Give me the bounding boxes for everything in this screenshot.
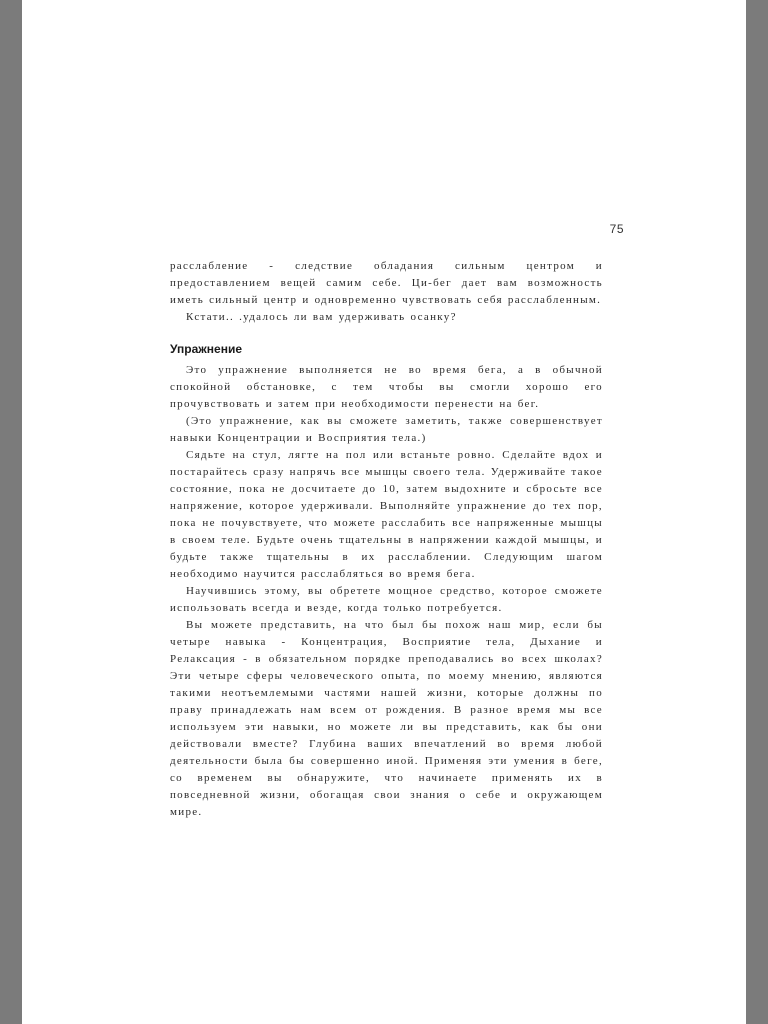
book-page: 75 расслабление - следствие обладания си…: [22, 0, 746, 1024]
paragraph-posture-question: Кстати.. .удалось ли вам удерживать осан…: [170, 309, 603, 326]
section-heading-exercise: Упражнение: [170, 341, 603, 357]
paragraph-continued: расслабление - следствие обладания сильн…: [170, 258, 603, 309]
paragraph-exercise-note: (Это упражнение, как вы сможете заметить…: [170, 413, 603, 447]
paragraph-exercise-intro: Это упражнение выполняется не во время б…: [170, 362, 603, 413]
page-text-body: расслабление - следствие обладания сильн…: [170, 258, 603, 821]
page-number: 75: [588, 222, 624, 236]
paragraph-exercise-steps: Сядьте на стул, лягте на пол или встаньт…: [170, 447, 603, 583]
paragraph-four-skills: Вы можете представить, на что был бы пох…: [170, 617, 603, 821]
paragraph-exercise-benefit: Научившись этому, вы обретете мощное сре…: [170, 583, 603, 617]
document-viewer: 75 расслабление - следствие обладания си…: [0, 0, 768, 1024]
